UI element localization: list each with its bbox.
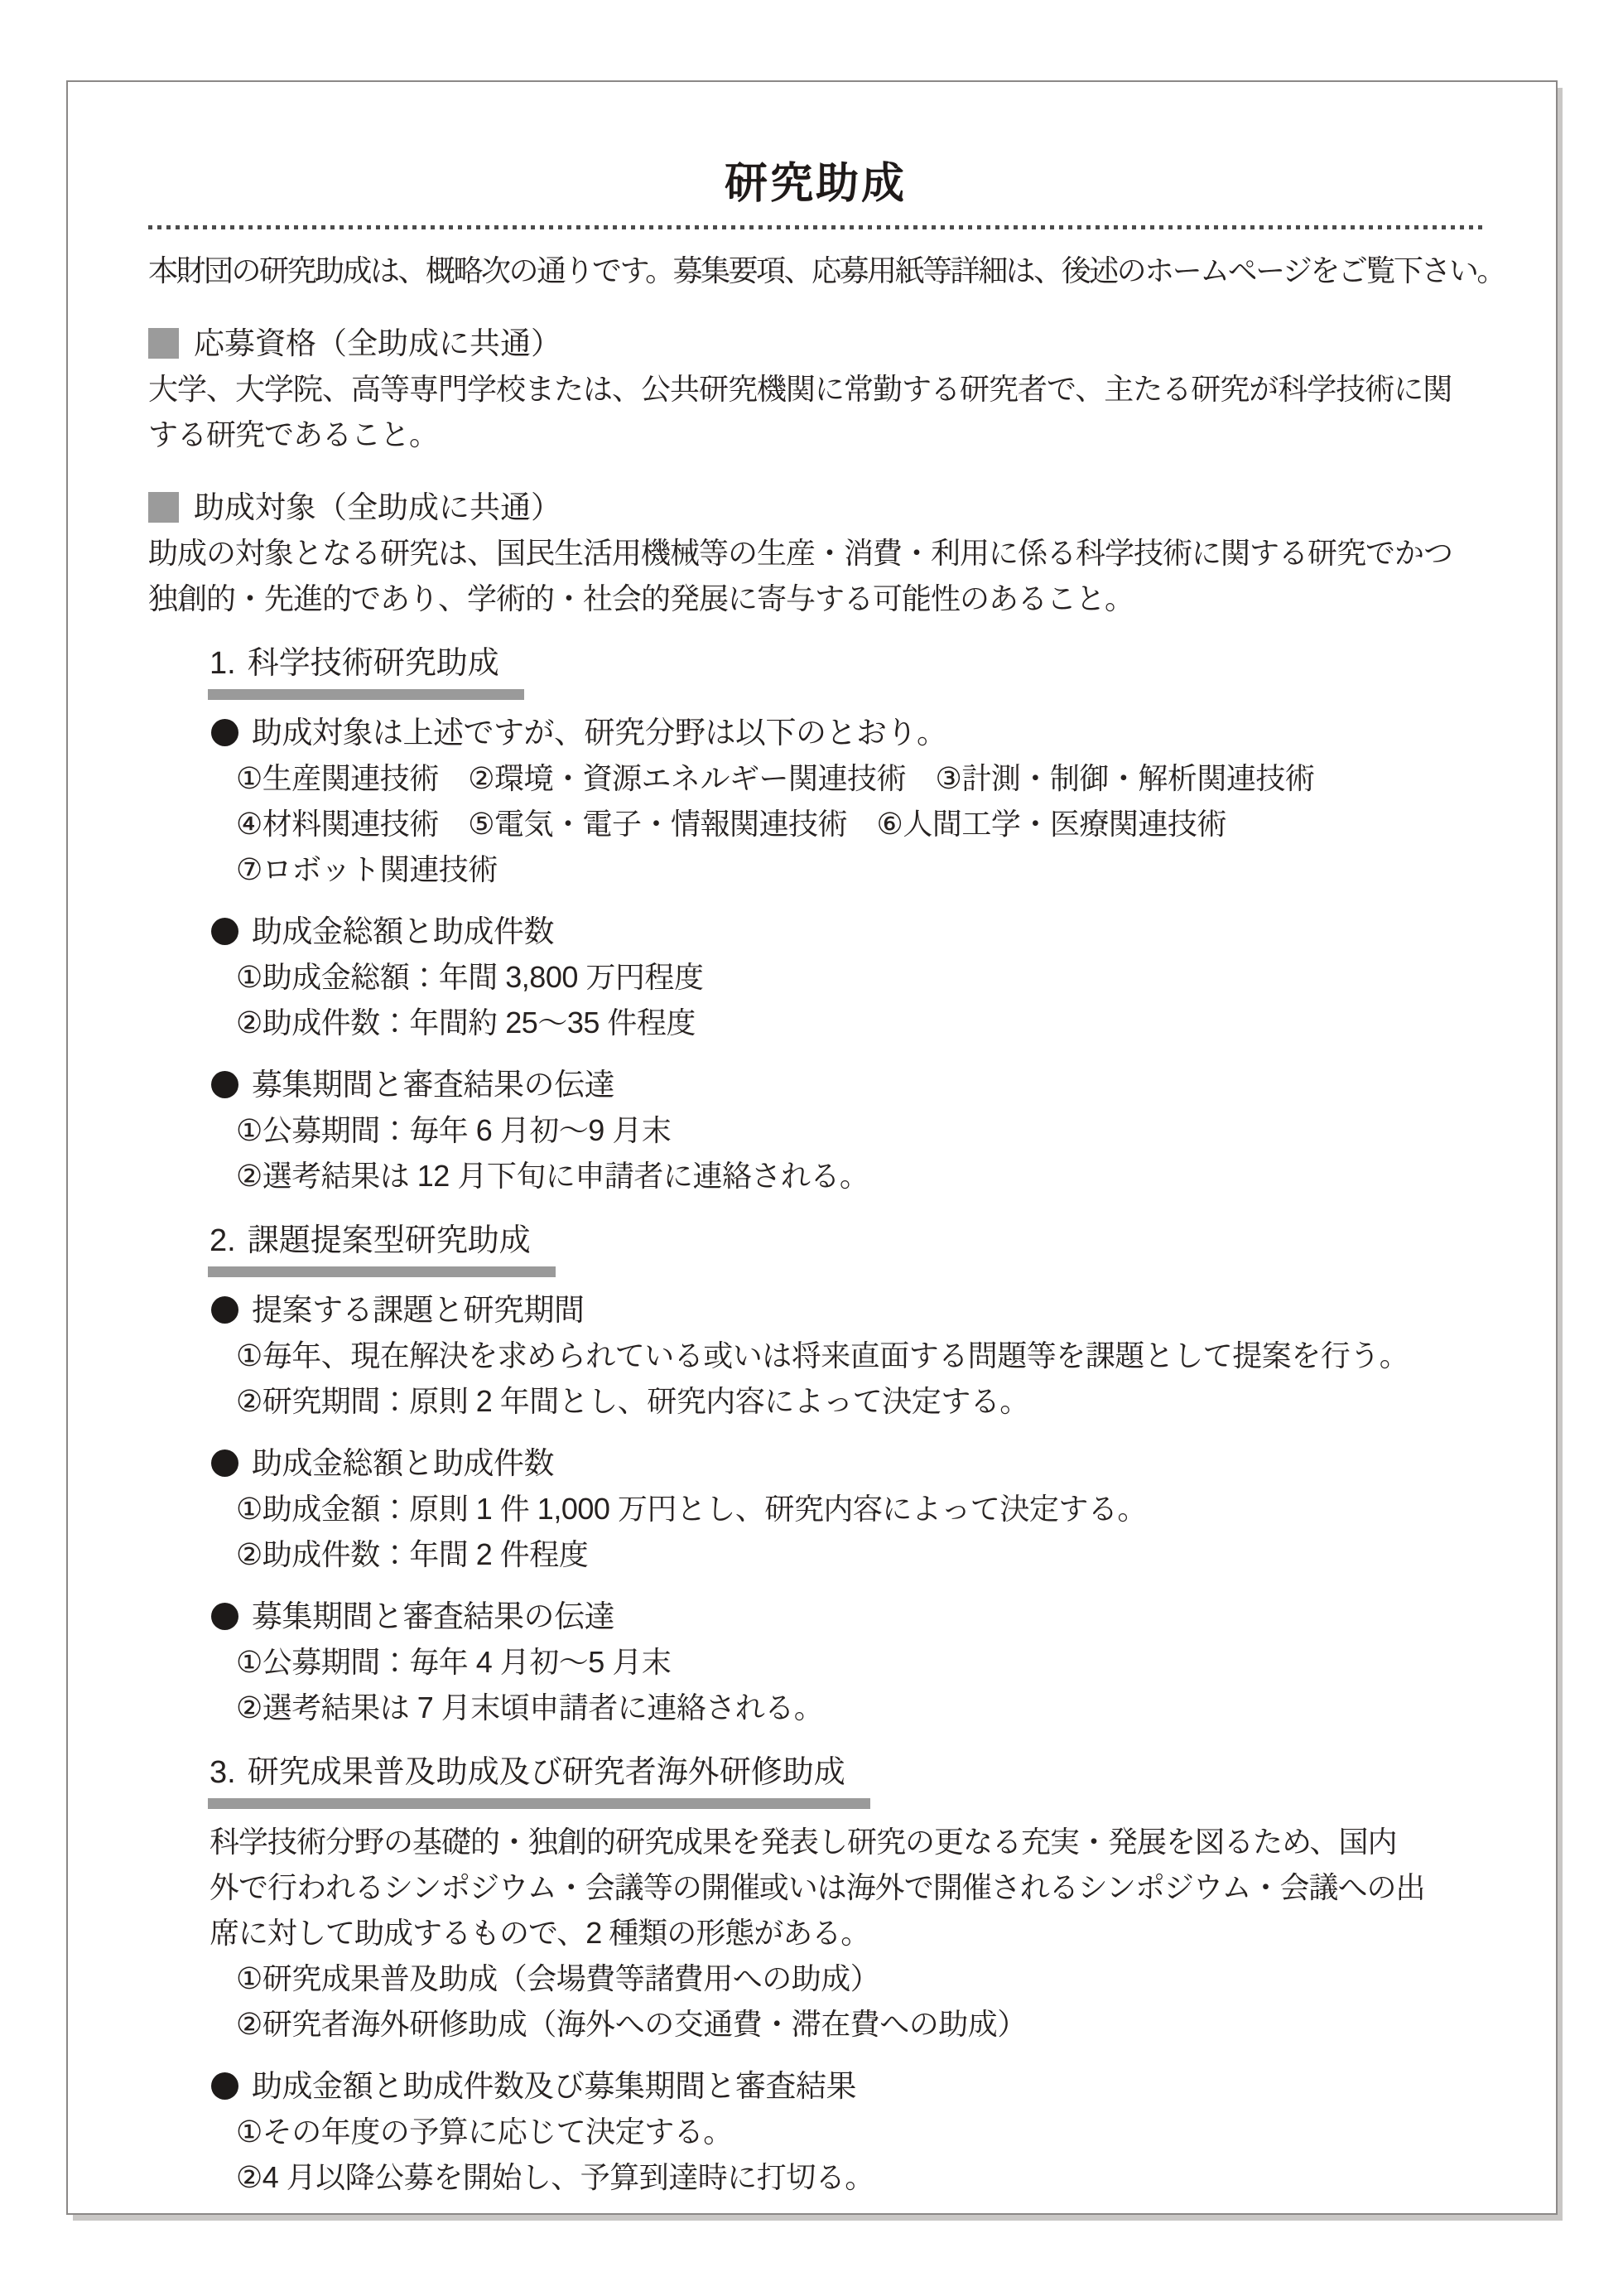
bullet-heading: 募集期間と審査結果の伝達 bbox=[211, 1062, 1483, 1107]
program-3-title: 3.研究成果普及助成及び研究者海外研修助成 bbox=[208, 1752, 870, 1809]
item-list: ①生産関連技術 ②環境・資源エネルギー関連技術 ③計測・制御・解析関連技術 ④材… bbox=[236, 755, 1483, 892]
program-1-group-1: 助成対象は上述ですが、研究分野は以下のとおり。 ①生産関連技術 ②環境・資源エネ… bbox=[148, 710, 1483, 892]
program-1-number: 1. bbox=[209, 646, 236, 681]
item-list: ①助成金総額：年間 3,800 万円程度 ②助成件数：年間約 25～35 件程度 bbox=[236, 954, 1483, 1045]
list-item: ②研究期間：原則 2 年間とし、研究内容によって決定する。 bbox=[236, 1378, 1483, 1424]
program-1-group-3: 募集期間と審査結果の伝達 ①公募期間：毎年 6 月初～9 月末 ②選考結果は 1… bbox=[148, 1062, 1483, 1199]
list-item: ④材料関連技術 ⑤電気・電子・情報関連技術 ⑥人間工学・医療関連技術 bbox=[236, 801, 1483, 847]
text-line: 大学、大学院、高等専門学校または、公共研究機関に常勤する研究者で、主たる研究が科… bbox=[148, 366, 1483, 412]
bullet-icon bbox=[211, 1449, 238, 1477]
program-3-name: 研究成果普及助成及び研究者海外研修助成 bbox=[248, 1755, 845, 1790]
item-list: ①公募期間：毎年 4 月初～5 月末 ②選考結果は 7 月末頃申請者に連絡される… bbox=[236, 1639, 1483, 1730]
program-3-description-items: ①研究成果普及助成（会場費等諸費用への助成） ②研究者海外研修助成（海外への交通… bbox=[236, 1956, 1483, 2047]
gray-square-icon bbox=[148, 492, 179, 523]
heading-qualification: 応募資格（全助成に共通） bbox=[148, 321, 1483, 366]
program-2-group-2: 助成金総額と助成件数 ①助成金額：原則 1 件 1,000 万円とし、研究内容に… bbox=[148, 1440, 1483, 1577]
list-item: ②選考結果は 12 月下旬に申請者に連絡される。 bbox=[236, 1153, 1483, 1199]
dotted-divider bbox=[148, 225, 1483, 229]
program-2-title: 2.課題提案型研究助成 bbox=[208, 1220, 556, 1277]
bullet-icon bbox=[211, 1071, 238, 1098]
item-list: ①その年度の予算に応じて決定する。 ②4 月以降公募を開始し、予算到達時に打切る… bbox=[236, 2109, 1483, 2200]
program-2: 2.課題提案型研究助成 提案する課題と研究期間 ①毎年、現在解決を求められている… bbox=[148, 1220, 1483, 1730]
bullet-icon bbox=[211, 2072, 238, 2100]
program-3: 3.研究成果普及助成及び研究者海外研修助成 科学技術分野の基礎的・独創的研究成果… bbox=[148, 1752, 1483, 2200]
bullet-heading-label: 助成金総額と助成件数 bbox=[252, 909, 554, 954]
text-line: 独創的・先進的であり、学術的・社会的発展に寄与する可能性のあること。 bbox=[148, 576, 1483, 621]
page-title: 研究助成 bbox=[148, 160, 1483, 208]
heading-target: 助成対象（全助成に共通） bbox=[148, 485, 1483, 530]
qualification-paragraph: 大学、大学院、高等専門学校または、公共研究機関に常勤する研究者で、主たる研究が科… bbox=[148, 366, 1483, 457]
bullet-heading-label: 募集期間と審査結果の伝達 bbox=[252, 1594, 614, 1639]
program-2-group-1: 提案する課題と研究期間 ①毎年、現在解決を求められている或いは将来直面する問題等… bbox=[148, 1287, 1483, 1424]
list-item: ②助成件数：年間 2 件程度 bbox=[236, 1531, 1483, 1577]
list-item: ①生産関連技術 ②環境・資源エネルギー関連技術 ③計測・制御・解析関連技術 bbox=[236, 755, 1483, 801]
program-1-name: 科学技術研究助成 bbox=[248, 646, 499, 681]
bullet-heading-label: 助成金額と助成件数及び募集期間と審査結果 bbox=[252, 2063, 856, 2109]
bullet-icon bbox=[211, 918, 238, 945]
list-item: ①研究成果普及助成（会場費等諸費用への助成） bbox=[236, 1956, 1483, 2001]
list-item: ②4 月以降公募を開始し、予算到達時に打切る。 bbox=[236, 2154, 1483, 2200]
item-list: ①助成金額：原則 1 件 1,000 万円とし、研究内容によって決定する。 ②助… bbox=[236, 1486, 1483, 1577]
list-item: ②研究者海外研修助成（海外への交通費・滞在費への助成） bbox=[236, 2001, 1483, 2047]
list-item: ①助成金総額：年間 3,800 万円程度 bbox=[236, 954, 1483, 1000]
program-2-number: 2. bbox=[209, 1223, 236, 1258]
bullet-heading-label: 募集期間と審査結果の伝達 bbox=[252, 1062, 614, 1107]
bullet-heading: 助成対象は上述ですが、研究分野は以下のとおり。 bbox=[211, 710, 1483, 755]
text-line: 科学技術分野の基礎的・独創的研究成果を発表し研究の更なる充実・発展を図るため、国… bbox=[209, 1819, 1483, 1864]
bullet-heading-label: 助成対象は上述ですが、研究分野は以下のとおり。 bbox=[252, 710, 947, 755]
program-2-name: 課題提案型研究助成 bbox=[248, 1223, 531, 1258]
list-item: ①その年度の予算に応じて決定する。 bbox=[236, 2109, 1483, 2154]
bullet-heading-label: 助成金総額と助成件数 bbox=[252, 1440, 554, 1486]
item-list: ①毎年、現在解決を求められている或いは将来直面する問題等を課題として提案を行う。… bbox=[236, 1333, 1483, 1424]
text-line: 外で行われるシンポジウム・会議等の開催或いは海外で開催されるシンポジウム・会議へ… bbox=[209, 1864, 1483, 1910]
list-item: ①毎年、現在解決を求められている或いは将来直面する問題等を課題として提案を行う。 bbox=[236, 1333, 1483, 1378]
bullet-heading: 助成金額と助成件数及び募集期間と審査結果 bbox=[211, 2063, 1483, 2109]
text-line: 助成の対象となる研究は、国民生活用機械等の生産・消費・利用に係る科学技術に関する… bbox=[148, 530, 1483, 576]
bullet-icon bbox=[211, 719, 238, 746]
document-sheet: 研究助成 本財団の研究助成は、概略次の通りです。募集要項、応募用紙等詳細は、後述… bbox=[66, 80, 1558, 2215]
program-3-description: 科学技術分野の基礎的・独創的研究成果を発表し研究の更なる充実・発展を図るため、国… bbox=[209, 1819, 1483, 1956]
list-item: ①公募期間：毎年 4 月初～5 月末 bbox=[236, 1639, 1483, 1685]
program-3-group-1: 助成金額と助成件数及び募集期間と審査結果 ①その年度の予算に応じて決定する。 ②… bbox=[148, 2063, 1483, 2200]
bullet-heading-label: 提案する課題と研究期間 bbox=[252, 1287, 585, 1333]
program-1: 1.科学技術研究助成 助成対象は上述ですが、研究分野は以下のとおり。 ①生産関連… bbox=[148, 643, 1483, 1199]
bullet-heading: 助成金総額と助成件数 bbox=[211, 1440, 1483, 1486]
target-paragraph: 助成の対象となる研究は、国民生活用機械等の生産・消費・利用に係る科学技術に関する… bbox=[148, 530, 1483, 621]
program-1-group-2: 助成金総額と助成件数 ①助成金総額：年間 3,800 万円程度 ②助成件数：年間… bbox=[148, 909, 1483, 1045]
text-line: する研究であること。 bbox=[148, 412, 1483, 457]
bullet-icon bbox=[211, 1296, 238, 1324]
bullet-heading: 募集期間と審査結果の伝達 bbox=[211, 1594, 1483, 1639]
list-item: ①助成金額：原則 1 件 1,000 万円とし、研究内容によって決定する。 bbox=[236, 1486, 1483, 1531]
page: 研究助成 本財団の研究助成は、概略次の通りです。募集要項、応募用紙等詳細は、後述… bbox=[0, 0, 1623, 2296]
gray-square-icon bbox=[148, 328, 179, 359]
bullet-icon bbox=[211, 1603, 238, 1630]
intro-paragraph: 本財団の研究助成は、概略次の通りです。募集要項、応募用紙等詳細は、後述のホームペ… bbox=[148, 248, 1483, 293]
list-item: ②選考結果は 7 月末頃申請者に連絡される。 bbox=[236, 1685, 1483, 1730]
list-item: ⑦ロボット関連技術 bbox=[236, 847, 1483, 892]
program-3-number: 3. bbox=[209, 1755, 236, 1790]
heading-target-label: 助成対象（全助成に共通） bbox=[194, 485, 561, 530]
heading-qualification-label: 応募資格（全助成に共通） bbox=[194, 321, 561, 366]
text-line: 席に対して助成するもので、2 種類の形態がある。 bbox=[209, 1910, 1483, 1956]
list-item: ②助成件数：年間約 25～35 件程度 bbox=[236, 1000, 1483, 1045]
program-1-title: 1.科学技術研究助成 bbox=[208, 643, 524, 700]
item-list: ①公募期間：毎年 6 月初～9 月末 ②選考結果は 12 月下旬に申請者に連絡さ… bbox=[236, 1107, 1483, 1199]
bullet-heading: 助成金総額と助成件数 bbox=[211, 909, 1483, 954]
program-2-group-3: 募集期間と審査結果の伝達 ①公募期間：毎年 4 月初～5 月末 ②選考結果は 7… bbox=[148, 1594, 1483, 1730]
list-item: ①公募期間：毎年 6 月初～9 月末 bbox=[236, 1107, 1483, 1153]
bullet-heading: 提案する課題と研究期間 bbox=[211, 1287, 1483, 1333]
